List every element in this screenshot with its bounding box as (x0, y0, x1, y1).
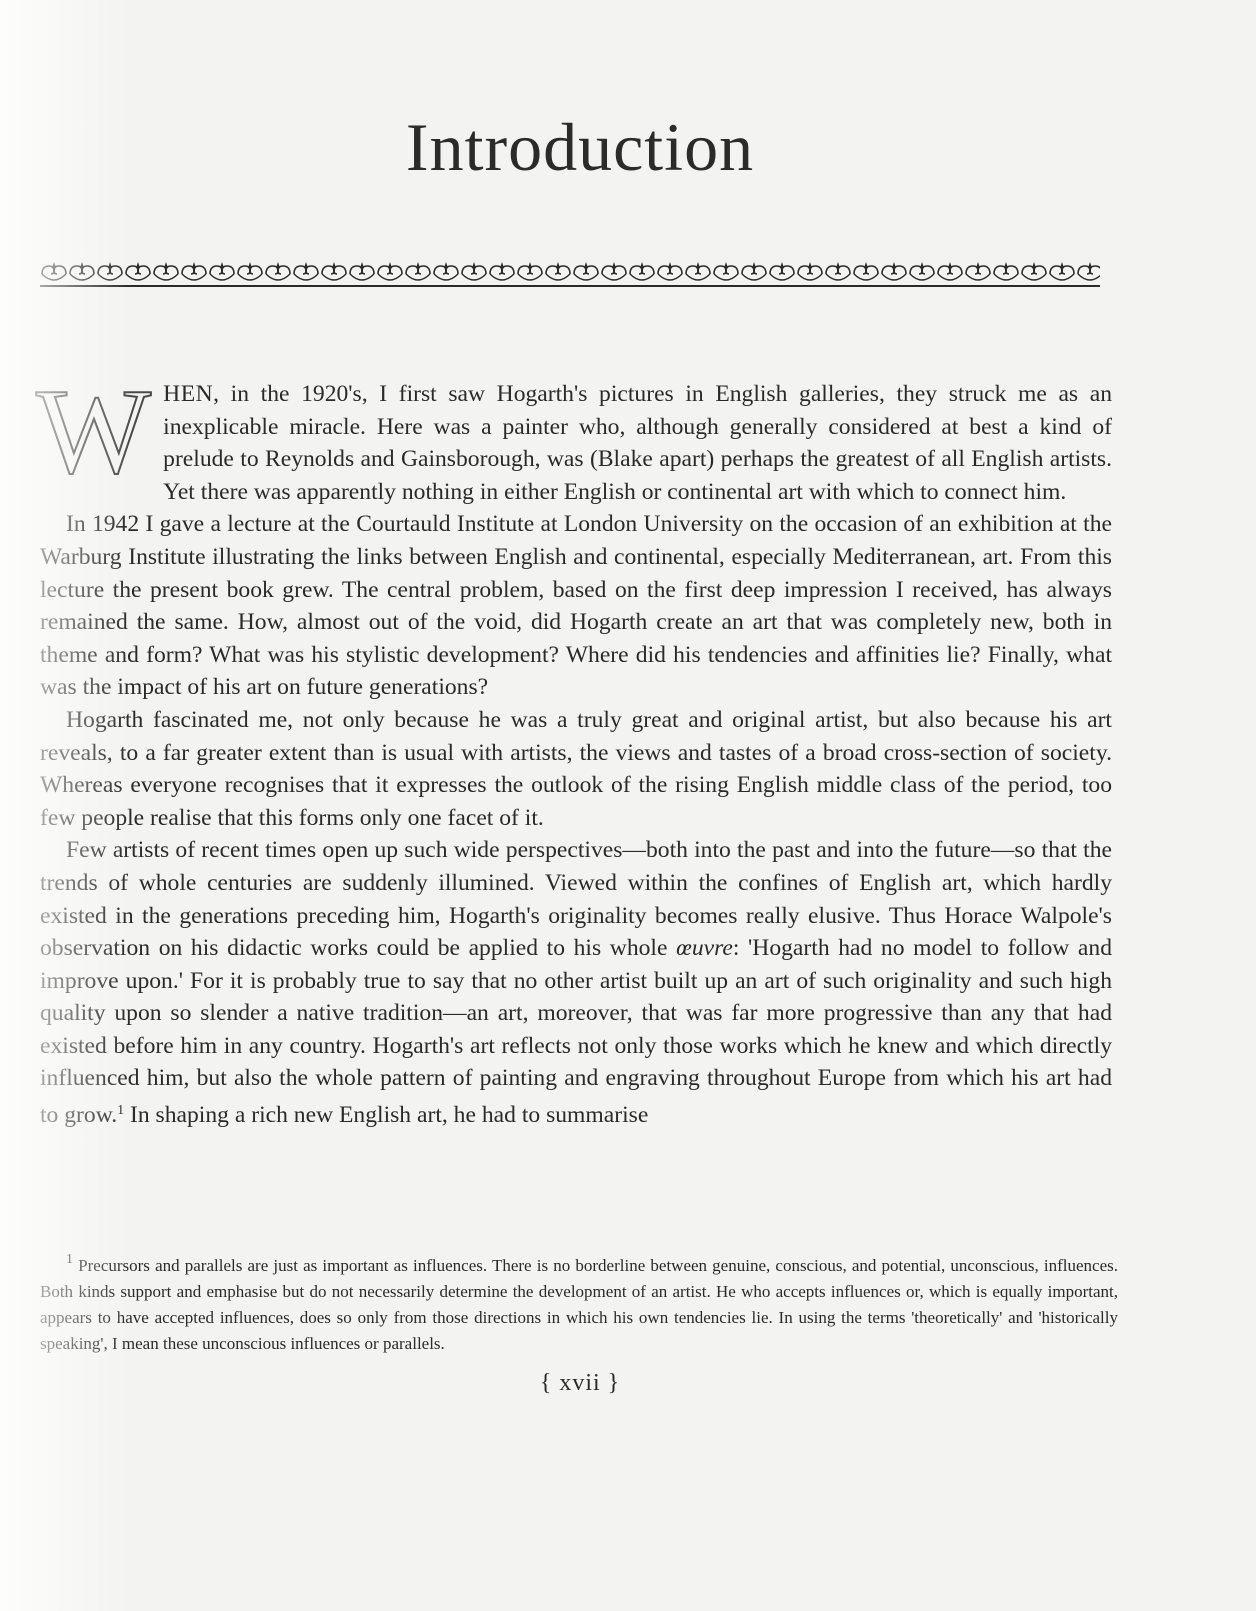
ornament-rule (40, 285, 1100, 287)
page-title: Introduction (0, 108, 1160, 187)
paragraph-4: Few artists of recent times open up such… (40, 834, 1112, 1131)
lead-in: HEN (163, 381, 213, 407)
footnote-text: Precursors and parallels are just as imp… (40, 1256, 1118, 1353)
paragraph-text: In 1942 I gave a lecture at the Courtaul… (40, 511, 1112, 700)
paragraph-text: , in the 1920's, I first saw Hogarth's p… (163, 381, 1112, 505)
italic-term: œuvre (676, 935, 733, 961)
drop-cap: W (36, 382, 151, 482)
footnote-marker: 1 (66, 1252, 73, 1267)
page-number: { xvii } (0, 1370, 1160, 1397)
paragraph-3: Hogarth fascinated me, not only because … (40, 704, 1112, 834)
footnotes: 1 Precursors and parallels are just as i… (40, 1247, 1118, 1357)
footnote-1: 1 Precursors and parallels are just as i… (40, 1247, 1118, 1357)
scrollwork-ornament-icon (40, 256, 1100, 284)
paragraph-text: In shaping a rich new English art, he ha… (124, 1102, 648, 1128)
paragraph-text: Hogarth fascinated me, not only because … (40, 707, 1112, 831)
paragraph-2: In 1942 I gave a lecture at the Courtaul… (40, 508, 1112, 704)
paragraph-text: : 'Hogarth had no model to follow and im… (40, 935, 1112, 1128)
paragraph-1: WHEN, in the 1920's, I first saw Hogarth… (40, 378, 1112, 508)
body-text: WHEN, in the 1920's, I first saw Hogarth… (40, 378, 1112, 1132)
